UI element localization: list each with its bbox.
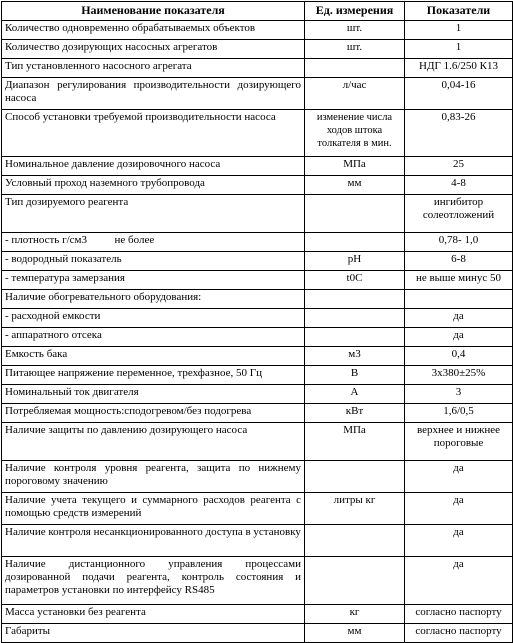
value-cell: 0,04-16 — [405, 78, 513, 110]
table-row: Наличие учета текущего и суммарного расх… — [2, 493, 513, 525]
table-row: - расходной емкостида — [2, 309, 513, 328]
unit-cell — [305, 525, 405, 557]
parameter-name-cell: Номинальный ток двигателя — [2, 385, 305, 404]
parameter-name-cell: - температура замерзания — [2, 271, 305, 290]
parameter-name-cell: Наличие защиты по давлению дозирующего н… — [2, 423, 305, 461]
table-row: - водородный показательpH6-8 — [2, 252, 513, 271]
unit-cell — [305, 233, 405, 252]
table-row: Наличие обогревательного оборудования: — [2, 290, 513, 309]
specifications-table: Наименование показателя Ед. измерения По… — [1, 1, 513, 622]
parameter-name-cell: Питающее напряжение переменное, трехфазн… — [2, 366, 305, 385]
unit-cell: литры кг — [305, 493, 405, 525]
table-row: Масса установки без реагентакгсогласно п… — [2, 605, 513, 623]
parameter-name-cell: Способ установки требуемой производитель… — [2, 110, 305, 157]
table-row: Потребляемая мощность:сподогревом/без по… — [2, 404, 513, 423]
value-cell: 0,4 — [405, 347, 513, 366]
table-row: Наличие контроля несанкционированного до… — [2, 525, 513, 557]
unit-cell — [305, 59, 405, 78]
value-cell: 6-8 — [405, 252, 513, 271]
value-cell: 3х380±25% — [405, 366, 513, 385]
value-cell: 0,83-26 — [405, 110, 513, 157]
table-row: - аппаратного отсекада — [2, 328, 513, 347]
header-value: Показатели — [405, 2, 513, 21]
parameter-name-cell: Масса установки без реагента — [2, 605, 305, 623]
value-cell: 1 — [405, 40, 513, 59]
value-cell: НДГ 1.6/250 К13 — [405, 59, 513, 78]
unit-cell: t0C — [305, 271, 405, 290]
unit-cell: А — [305, 385, 405, 404]
table-row: Номинальный ток двигателяА3 — [2, 385, 513, 404]
parameter-name-cell: Тип дозируемого реагента — [2, 195, 305, 233]
unit-cell: кВт — [305, 404, 405, 423]
parameter-name-cell: Наличие контроля несанкционированного до… — [2, 525, 305, 557]
value-cell: 25 — [405, 157, 513, 176]
value-cell: да — [405, 461, 513, 493]
parameter-name-cell: Наличие обогревательного оборудования: — [2, 290, 305, 309]
value-cell: да — [405, 557, 513, 605]
value-cell — [405, 290, 513, 309]
table-row: Наличие защиты по давлению дозирующего н… — [2, 423, 513, 461]
unit-cell: л/час — [305, 78, 405, 110]
table-row: Количество одновременно обрабатываемых о… — [2, 21, 513, 40]
unit-cell: кг — [305, 605, 405, 623]
unit-cell — [305, 195, 405, 233]
value-cell: 0,78- 1,0 — [405, 233, 513, 252]
parameter-name-cell: Наличие контроля уровня реагента, защита… — [2, 461, 305, 493]
value-cell: верхнее и нижнее пороговые — [405, 423, 513, 461]
parameter-name-cell: Наличие дистанционного управления процес… — [2, 557, 305, 605]
parameter-name-cell: Условный проход наземного трубопровода — [2, 176, 305, 195]
unit-cell: МПа — [305, 423, 405, 461]
value-cell: 3 — [405, 385, 513, 404]
unit-cell: МПа — [305, 157, 405, 176]
value-cell: да — [405, 309, 513, 328]
unit-cell — [305, 328, 405, 347]
parameter-name-cell: Номинальное давление дозировочного насос… — [2, 157, 305, 176]
value-cell: 1,6/0,5 — [405, 404, 513, 423]
header-parameter-name: Наименование показателя — [2, 2, 305, 21]
table-row: - температура замерзанияt0Cне выше минус… — [2, 271, 513, 290]
table-row: Питающее напряжение переменное, трехфазн… — [2, 366, 513, 385]
unit-cell: изменение числа ходов штока толкателя в … — [305, 110, 405, 157]
parameter-name-cell: Диапазон регулирования производительност… — [2, 78, 305, 110]
unit-cell: В — [305, 366, 405, 385]
table-row: Количество дозирующих насосных агрегатов… — [2, 40, 513, 59]
table-row: Диапазон регулирования производительност… — [2, 78, 513, 110]
value-cell: ингибитор солеотложений — [405, 195, 513, 233]
parameter-name-cell: Количество дозирующих насосных агрегатов — [2, 40, 305, 59]
parameter-name-cell: Количество одновременно обрабатываемых о… — [2, 21, 305, 40]
unit-cell: pH — [305, 252, 405, 271]
parameter-name-cell: Емкость бака — [2, 347, 305, 366]
value-cell: да — [405, 328, 513, 347]
table-row: Наличие дистанционного управления процес… — [2, 557, 513, 605]
value-cell: да — [405, 525, 513, 557]
value-cell: согласно паспорту — [405, 605, 513, 623]
parameter-name-cell: Потребляемая мощность:сподогревом/без по… — [2, 404, 305, 423]
unit-cell — [305, 309, 405, 328]
parameter-name-cell: - водородный показатель — [2, 252, 305, 271]
value-cell: 4-8 — [405, 176, 513, 195]
parameter-name-cell: - плотность г/см3 не более — [2, 233, 305, 252]
table-row: Номинальное давление дозировочного насос… — [2, 157, 513, 176]
table-row: Тип установленного насосного агрегатаНДГ… — [2, 59, 513, 78]
header-unit: Ед. измерения — [305, 2, 405, 21]
unit-cell — [305, 290, 405, 309]
table-row: - плотность г/см3 не более0,78- 1,0 — [2, 233, 513, 252]
unit-cell: мм — [305, 176, 405, 195]
parameter-name-cell: Наличие учета текущего и суммарного расх… — [2, 493, 305, 525]
parameter-name-cell: - аппаратного отсека — [2, 328, 305, 347]
table-row: Емкость бакам30,4 — [2, 347, 513, 366]
value-cell: 1 — [405, 21, 513, 40]
unit-cell — [305, 461, 405, 493]
parameter-name-cell: Тип установленного насосного агрегата — [2, 59, 305, 78]
unit-cell — [305, 557, 405, 605]
table-header-row: Наименование показателя Ед. измерения По… — [2, 2, 513, 21]
value-cell: не выше минус 50 — [405, 271, 513, 290]
table-row: Тип дозируемого реагентаингибитор солеот… — [2, 195, 513, 233]
table-row: Наличие контроля уровня реагента, защита… — [2, 461, 513, 493]
unit-cell: шт. — [305, 21, 405, 40]
value-cell: да — [405, 493, 513, 525]
parameter-name-cell: - расходной емкости — [2, 309, 305, 328]
table-row: Условный проход наземного трубопроводамм… — [2, 176, 513, 195]
table-row: Способ установки требуемой производитель… — [2, 110, 513, 157]
unit-cell: шт. — [305, 40, 405, 59]
unit-cell: м3 — [305, 347, 405, 366]
